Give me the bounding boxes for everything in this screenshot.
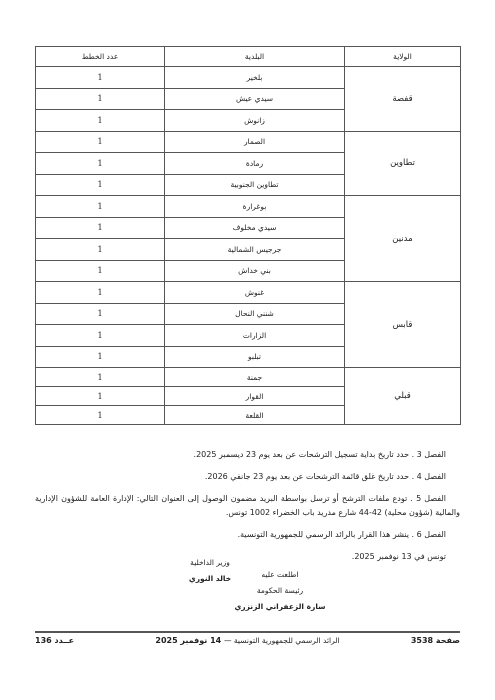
municipality-cell: شنني النحال <box>165 303 345 325</box>
count-cell: 1 <box>36 325 165 347</box>
municipality-cell: سيدي عيش <box>165 88 345 110</box>
municipality-cell: بلخير <box>165 67 345 89</box>
municipality-cell: رمادة <box>165 153 345 175</box>
head-title: رئيسة الحكومة <box>225 583 335 599</box>
count-cell: 1 <box>36 153 165 175</box>
municipality-cell: بني خداش <box>165 260 345 282</box>
gazette-title: الرائد الرسمي للجمهورية التونسية — 14 نو… <box>35 636 460 645</box>
header-plan-count: عدد الخطط <box>36 47 165 67</box>
count-cell: 1 <box>36 110 165 132</box>
municipality-cell: تطاوين الجنوبية <box>165 174 345 196</box>
municipality-cell: زانوش <box>165 110 345 132</box>
table-header-row: الولاية البلدية عدد الخطط <box>36 47 461 67</box>
count-cell: 1 <box>36 346 165 368</box>
article-4: الفصل 4 . حدد تاريخ غلق قائمة الترشحات ع… <box>35 470 460 484</box>
gazette-date: 14 نوفمبر 2025 <box>155 636 221 645</box>
head-name: سارة الزعفراني الزنزري <box>225 599 335 615</box>
municipality-cell: القلعة <box>165 406 345 425</box>
governorate-cell: تطاوين <box>345 131 461 196</box>
header-municipality: البلدية <box>165 47 345 67</box>
municipality-cell: الزارات <box>165 325 345 347</box>
gazette-name: الرائد الرسمي للجمهورية التونسية — <box>224 636 340 645</box>
count-cell: 1 <box>36 131 165 153</box>
governorate-cell: مدنين <box>345 196 461 282</box>
seen-label: اطلعت عليه <box>225 567 335 583</box>
count-cell: 1 <box>36 387 165 406</box>
count-cell: 1 <box>36 239 165 261</box>
table-row: قابس غنوش 1 <box>36 282 461 304</box>
municipality-cell: بوغرارة <box>165 196 345 218</box>
count-cell: 1 <box>36 196 165 218</box>
municipality-cell: القوار <box>165 387 345 406</box>
article-3: الفصل 3 . حدد تاريخ بداية تسجيل الترشحات… <box>35 448 460 462</box>
issue-number: عــدد 136 <box>35 636 74 645</box>
table-row: تطاوين الصمار 1 <box>36 131 461 153</box>
count-cell: 1 <box>36 174 165 196</box>
count-cell: 1 <box>36 88 165 110</box>
page-footer: صفحة 3538 الرائد الرسمي للجمهورية التونس… <box>35 636 460 650</box>
table-row: قفصة بلخير 1 <box>36 67 461 89</box>
table-row: قبلي جمنة 1 <box>36 368 461 387</box>
municipalities-table-container: الولاية البلدية عدد الخطط قفصة بلخير 1 س… <box>35 46 460 425</box>
municipality-cell: جمنة <box>165 368 345 387</box>
decree-articles: الفصل 3 . حدد تاريخ بداية تسجيل الترشحات… <box>35 448 460 572</box>
date-line: تونس في 13 نوفمبر 2025. <box>35 550 460 564</box>
governorate-cell: قابس <box>345 282 461 368</box>
count-cell: 1 <box>36 282 165 304</box>
article-5: الفصل 5 . تودع ملفات الترشح أو ترسل بواس… <box>35 492 460 520</box>
municipality-cell: الصمار <box>165 131 345 153</box>
count-cell: 1 <box>36 406 165 425</box>
article-6: الفصل 6 . ينشر هذا القرار بالرائد الرسمي… <box>35 528 460 542</box>
header-governorate: الولاية <box>345 47 461 67</box>
count-cell: 1 <box>36 260 165 282</box>
count-cell: 1 <box>36 217 165 239</box>
governorate-cell: قفصة <box>345 67 461 132</box>
count-cell: 1 <box>36 303 165 325</box>
municipality-cell: سيدي مخلوف <box>165 217 345 239</box>
count-cell: 1 <box>36 368 165 387</box>
governorate-cell: قبلي <box>345 368 461 425</box>
municipality-cell: جرجيس الشمالية <box>165 239 345 261</box>
municipalities-table: الولاية البلدية عدد الخطط قفصة بلخير 1 س… <box>35 46 461 425</box>
municipality-cell: تبلبو <box>165 346 345 368</box>
table-row: مدنين بوغرارة 1 <box>36 196 461 218</box>
footer-divider <box>35 631 460 633</box>
count-cell: 1 <box>36 67 165 89</box>
head-of-government-signature: اطلعت عليه رئيسة الحكومة سارة الزعفراني … <box>225 567 335 615</box>
municipality-cell: غنوش <box>165 282 345 304</box>
